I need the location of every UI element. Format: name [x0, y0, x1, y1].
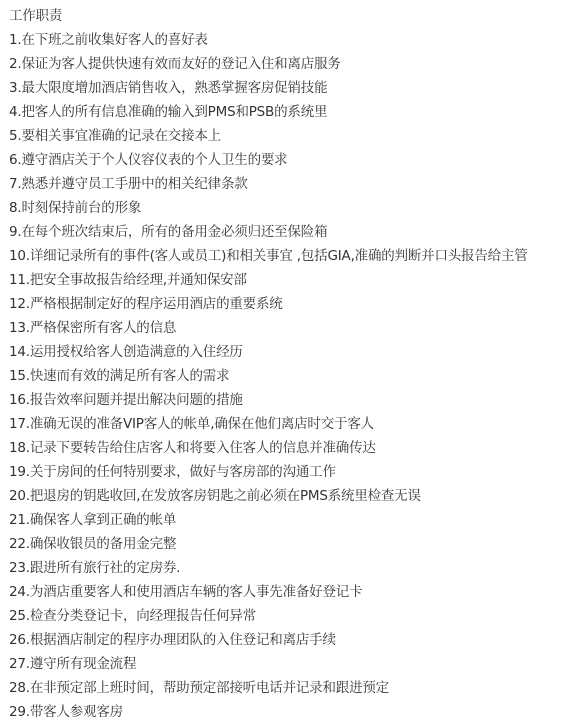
- duty-item-5: 5.要相关事宜准确的记录在交接本上: [9, 124, 564, 148]
- job-duties-document: 工作职责 1.在下班之前收集好客人的喜好表 2.保证为客人提供快速有效而友好的登…: [0, 0, 564, 724]
- duty-item-28: 28.在非预定部上班时间，帮助预定部接听电话并记录和跟进预定: [9, 676, 564, 700]
- duty-item-14: 14.运用授权给客人创造满意的入住经历: [9, 340, 564, 364]
- duty-item-17: 17.准确无误的准备VIP客人的帐单,确保在他们离店时交于客人: [9, 412, 564, 436]
- duty-item-12: 12.严格根据制定好的程序运用酒店的重要系统: [9, 292, 564, 316]
- duty-item-1: 1.在下班之前收集好客人的喜好表: [9, 28, 564, 52]
- duty-item-25: 25.检查分类登记卡，向经理报告任何异常: [9, 604, 564, 628]
- duty-item-16: 16.报告效率问题并提出解决问题的措施: [9, 388, 564, 412]
- duty-item-15: 15.快速而有效的满足所有客人的需求: [9, 364, 564, 388]
- duty-item-3: 3.最大限度增加酒店销售收入，熟悉掌握客房促销技能: [9, 76, 564, 100]
- duty-item-21: 21.确保客人拿到正确的帐单: [9, 508, 564, 532]
- duty-item-6: 6.遵守酒店关于个人仪容仪表的个人卫生的要求: [9, 148, 564, 172]
- duty-item-4: 4.把客人的所有信息准确的输入到PMS和PSB的系统里: [9, 100, 564, 124]
- duty-item-29: 29.带客人参观客房: [9, 700, 564, 724]
- document-title: 工作职责: [9, 4, 564, 28]
- duty-item-10: 10.详细记录所有的事件(客人或员工)和相关事宜 ,包括GIA,准确的判断并口头…: [9, 244, 564, 268]
- duty-item-20: 20.把退房的钥匙收回,在发放客房钥匙之前必须在PMS系统里检查无误: [9, 484, 564, 508]
- duty-item-19: 19.关于房间的任何特别要求，做好与客房部的沟通工作: [9, 460, 564, 484]
- duty-item-8: 8.时刻保持前台的形象: [9, 196, 564, 220]
- duty-item-23: 23.跟进所有旅行社的定房券.: [9, 556, 564, 580]
- duty-item-9: 9.在每个班次结束后，所有的备用金必须归还至保险箱: [9, 220, 564, 244]
- duty-item-13: 13.严格保密所有客人的信息: [9, 316, 564, 340]
- duty-item-7: 7.熟悉并遵守员工手册中的相关纪律条款: [9, 172, 564, 196]
- duty-item-22: 22.确保收银员的备用金完整: [9, 532, 564, 556]
- duty-item-2: 2.保证为客人提供快速有效而友好的登记入住和离店服务: [9, 52, 564, 76]
- duty-item-11: 11.把安全事故报告给经理,并通知保安部: [9, 268, 564, 292]
- duty-item-27: 27.遵守所有现金流程: [9, 652, 564, 676]
- duty-item-24: 24.为酒店重要客人和使用酒店车辆的客人事先准备好登记卡: [9, 580, 564, 604]
- duty-item-26: 26.根据酒店制定的程序办理团队的入住登记和离店手续: [9, 628, 564, 652]
- duty-item-18: 18.记录下要转告给住店客人和将要入住客人的信息并准确传达: [9, 436, 564, 460]
